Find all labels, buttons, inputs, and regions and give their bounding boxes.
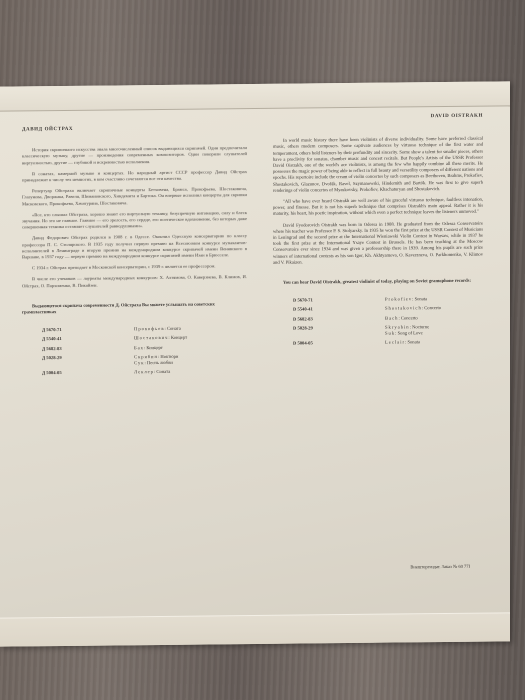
record-row: D 5670-71 Prokofiev: Sonata xyxy=(273,296,483,304)
work-title: Песнь любви xyxy=(147,360,173,365)
record-row: Д 5004-05 Леклер: Соната xyxy=(22,368,247,377)
sleeve-top-flap xyxy=(0,81,510,111)
catalog-number: Д 5670-71 xyxy=(22,327,134,334)
composer: Бах xyxy=(134,345,144,350)
record-row: Д 5028-29 Скрябин: НоктюрнСук: Песнь люб… xyxy=(22,353,247,368)
russian-record-list: Д 5670-71 Прокофьев: Соната Д 5540-41 Шо… xyxy=(22,325,247,377)
composer: Skryabin xyxy=(385,324,410,329)
russian-paragraph: С 1934 г. Ойстрах преподает в Московской… xyxy=(22,263,247,272)
catalog-number: D 5540-41 xyxy=(273,306,385,313)
record-row: D 5028-29 Skryabin: NocturneSuk: Song of… xyxy=(273,323,483,338)
work-title: Concerto xyxy=(401,315,418,320)
russian-heading: ДАВИД ОЙСТРАХ xyxy=(22,125,247,134)
work-title: Song of Love xyxy=(398,330,423,335)
russian-paragraph: В числе его учеников — лауреаты междунар… xyxy=(22,275,247,290)
english-record-list: D 5670-71 Prokofiev: Sonata D 5540-41 Sh… xyxy=(273,296,483,347)
catalog-number: Д 5028-29 xyxy=(22,354,134,368)
composer: Leclair xyxy=(385,340,405,345)
catalog-number: Д 5682-83 xyxy=(22,345,134,352)
russian-paragraph: Репертуар Ойстраха включает скрипичные к… xyxy=(22,186,247,207)
work-title: Соната xyxy=(156,369,170,374)
work-title: Sonata xyxy=(407,340,420,345)
composer: Prokofiev xyxy=(385,297,412,302)
work-title: Sonata xyxy=(415,296,428,301)
russian-paragraph: В сонатах, камерной музыке и концертах. … xyxy=(22,169,247,184)
sleeve-bottom-flap xyxy=(0,612,510,646)
russian-paragraph: Давид Федорович Ойстрах родился в 1908 г… xyxy=(22,234,247,261)
catalog-number: D 5028-29 xyxy=(273,325,385,339)
english-paragraph: In world music history there have been v… xyxy=(273,136,483,194)
english-column: DAVID OISTRAKH In world music history th… xyxy=(273,114,483,351)
composer: Shostakovich xyxy=(385,306,422,311)
russian-paragraph: История скрипичного искусства знала мног… xyxy=(22,145,247,166)
work-title: Концерт xyxy=(171,335,187,340)
english-paragraph: David Fyodorovich Oistrakh was born in O… xyxy=(273,220,483,266)
catalog-number: D 5682-83 xyxy=(273,315,385,322)
record-row: D 5540-41 Shostakovich: Concerto xyxy=(273,305,483,313)
english-heading: DAVID OISTRAKH xyxy=(273,114,483,122)
work-title: Ноктюрн xyxy=(160,354,178,359)
catalog-number: D 5670-71 xyxy=(273,297,385,304)
work-title: Соната xyxy=(167,326,181,331)
composer: Леклер xyxy=(134,369,154,374)
russian-paragraph: «Все, кто слышал Ойстраха, хорошо знают … xyxy=(22,210,247,231)
english-paragraph: "All who have ever heard Oistrakh are we… xyxy=(273,197,483,218)
printer-imprint: Внешторгиздат. Заказ № 60 77I xyxy=(410,564,470,570)
work-title: Концерт xyxy=(146,345,162,350)
record-sleeve-back: ДАВИД ОЙСТРАХ История скрипичного искусс… xyxy=(0,81,510,646)
catalog-number: Д 5004-05 xyxy=(22,370,134,377)
composer: Шостакович xyxy=(134,335,168,340)
catalog-number: Д 5540-41 xyxy=(22,336,134,343)
composer: Сук xyxy=(134,360,144,365)
russian-records-intro: Выдающегося скрипача современности Д. Ой… xyxy=(22,301,247,316)
record-row: Д 5670-71 Прокофьев: Соната xyxy=(22,325,247,334)
record-row: Д 5540-41 Шостакович: Концерт xyxy=(22,335,247,344)
composer: Suk xyxy=(385,331,395,336)
english-records-intro: You can hear David Oistrakh, greatest vi… xyxy=(273,278,483,286)
record-row: D 5682-83 Bach: Concerto xyxy=(273,314,483,322)
composer: Прокофьев xyxy=(134,326,165,331)
record-row: Д 5682-83 Бах: Концерт xyxy=(22,344,247,353)
composer: Bach xyxy=(385,315,398,320)
catalog-number: D 5004-05 xyxy=(273,340,385,347)
composer: Скрябин xyxy=(134,354,158,359)
work-title: Concerto xyxy=(424,306,441,311)
work-title: Nocturne xyxy=(412,324,429,329)
russian-column: ДАВИД ОЙСТРАХ История скрипичного искусс… xyxy=(22,125,247,380)
record-row: D 5004-05 Leclair: Sonata xyxy=(273,339,483,347)
